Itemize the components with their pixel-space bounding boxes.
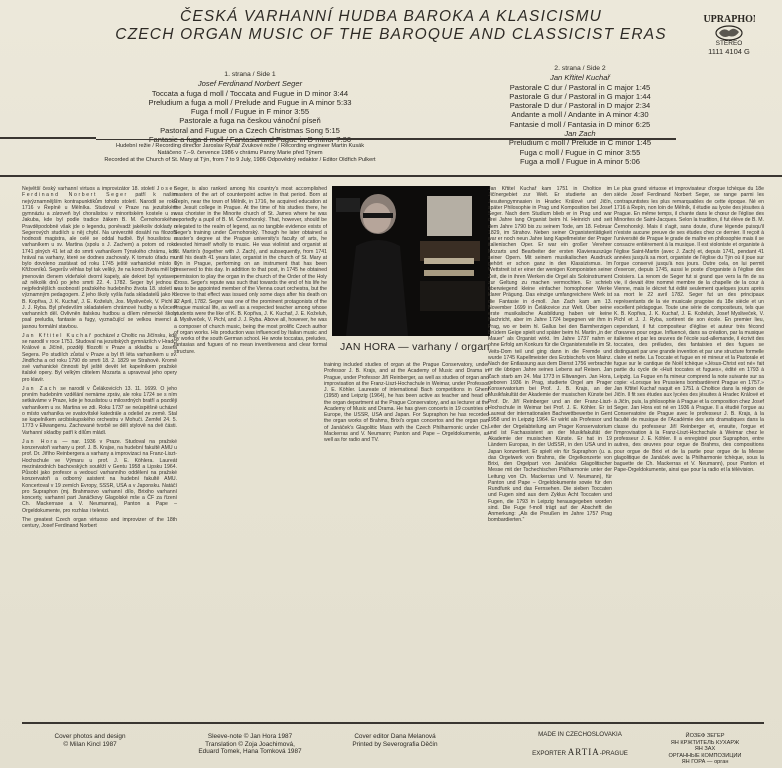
credit-line: ЙОЗЕФ ЗЕГЕР	[640, 733, 770, 740]
album-title-czech: ČESKÁ VARHANNÍ HUDBA BAROKA A KLASICISMU	[0, 8, 782, 26]
track: Pastoral and Fugue on a Czech Christmas …	[130, 126, 370, 135]
side-2-heading: 2. strana / Side 2	[470, 64, 690, 73]
made-in-label: MADE IN CZECHOSLOVAKIA	[520, 731, 640, 739]
note-paragraph: Největší český varhanní virtuos a improv…	[22, 186, 177, 330]
track: Preludium a fuga a moll / Prelude and Fu…	[130, 98, 370, 107]
track: Toccata a fuga d moll / Toccata and Fugu…	[130, 89, 370, 98]
side-2-tracklist: 2. strana / Side 2 Jan Křtitel Kuchař Pa…	[470, 64, 690, 166]
side-1-tracklist: 1. strana / Side 1 Josef Ferdinand Norbe…	[130, 70, 370, 144]
note-paragraph: Jan Křtitel Kuchař kam 1751 in Choltice …	[488, 186, 612, 524]
divider	[0, 175, 782, 177]
credit-line: ЯН ЗАХ	[640, 746, 770, 753]
artia-logo: ARTIA	[568, 747, 600, 757]
sleeve-note-credit: Sleeve-note © Jan Hora 1987 Translation …	[170, 733, 330, 756]
divider	[22, 722, 764, 724]
supraphon-logo: SUPRAPHON STEREO 1111 4104 G	[694, 8, 764, 56]
exporter-block: MADE IN CZECHOSLOVAKIA EXPORTER ARTIA-PR…	[520, 731, 640, 757]
credit-line: ОРГАННЫЕ КОМПОЗИЦИИ	[640, 753, 770, 760]
notes-english-performer: training included studies of organ at th…	[324, 362, 489, 692]
credits-line: Recorded at the Church of St. Mary at Tý…	[60, 157, 420, 164]
credit-line: ЯН ГОРА — орган	[640, 759, 770, 766]
track: Pastorale D dur / Pastoral in D major 2:…	[470, 101, 690, 110]
note-paragraph: Le plus grand virtuose et improvisateur …	[614, 186, 764, 474]
track: Fantasie d moll / Fantasia in D minor 6:…	[470, 120, 690, 129]
track: Fuga f moll / Fugue in F minor 3:55	[130, 107, 370, 116]
credit-line: Eduard Tomek, Hana Tomková 1987	[170, 748, 330, 756]
credits-line: Natáčeno 7.–9. července 1986 v chrámu Pa…	[60, 150, 420, 157]
russian-title-block: ЙОЗЕФ ЗЕГЕР ЯН КРЖТИТЕЛЬ КУХАРЖ ЯН ЗАХ О…	[640, 733, 770, 766]
credit-line: Cover editor Dana Melanová	[330, 733, 460, 741]
note-paragraph: Jan Křtitel Kuchař pocházel z Choltic na…	[22, 333, 177, 383]
credit-line: Cover photos and design	[20, 733, 160, 741]
side-1-composer: Josef Ferdinand Norbert Seger	[130, 79, 370, 88]
track: Pastorale C dur / Pastoral in C major 1:…	[470, 83, 690, 92]
credit-line: © Milan Kincl 1987	[20, 741, 160, 749]
side-2-composer-1: Jan Křtitel Kuchař	[470, 73, 690, 82]
side-2-composer-2: Jan Zach	[470, 129, 690, 138]
organist-photo	[332, 186, 490, 336]
track: Fuga a moll / Fugue in A minor 5:06	[470, 157, 690, 166]
track: Andante a moll / Andante in A minor 4:30	[470, 110, 690, 119]
exporter-label: EXPORTER	[532, 750, 566, 757]
track: Pastorale a fuga na českou vánoční píseň	[130, 116, 370, 125]
divider	[96, 139, 256, 140]
divider	[256, 138, 676, 140]
note-paragraph: Seger, is also ranked among his country'…	[174, 186, 327, 355]
credit-line: ЯН КРЖТИТЕЛЬ КУХАРЖ	[640, 740, 770, 747]
note-paragraph: Jan Hora — nar. 1936 v Praze. Studoval n…	[22, 439, 177, 514]
cover-credit: Cover photos and design © Milan Kincl 19…	[20, 733, 160, 748]
notes-czech: Největší český varhanní virtuos a improv…	[22, 186, 177, 694]
notes-german: Jan Křtitel Kuchař kam 1751 in Choltice …	[488, 186, 612, 694]
prague-label: PRAGUE	[602, 750, 628, 757]
track: Pastorale G dur / Pastoral in G major 1:…	[470, 92, 690, 101]
track: Preludium c moll / Prelude in C minor 1:…	[470, 138, 690, 147]
notes-english: Seger, is also ranked among his country'…	[174, 186, 327, 694]
organist-at-organ-image	[332, 186, 490, 336]
recording-credits: Hudební režie / Recording director Jaros…	[60, 143, 420, 163]
note-paragraph: Jan Zach se narodil v Čelákovicích 13. 1…	[22, 386, 177, 436]
artia-exporter: EXPORTER ARTIA-PRAGUE	[520, 749, 640, 758]
track: Fuga c moll / Fugue in C minor 3:55	[470, 148, 690, 157]
side-1-heading: 1. strana / Side 1	[130, 70, 370, 79]
supraphon-lion-icon: SUPRAPHON	[703, 8, 755, 42]
note-paragraph: The greatest Czech organ virtuoso and im…	[22, 517, 177, 530]
editor-credit: Cover editor Dana Melanová Printed by Se…	[330, 733, 460, 748]
performer-caption: JAN HORA — varhany / organ	[340, 341, 490, 353]
credit-line: Translation © Zoja Joachimová,	[170, 741, 330, 749]
stereo-label: STEREO	[694, 40, 764, 47]
credits-line: Hudební režie / Recording director Jaros…	[60, 143, 420, 150]
svg-text:SUPRAPHON: SUPRAPHON	[703, 14, 755, 25]
catalog-number: 1111 4104 G	[694, 47, 764, 56]
album-title-english: CZECH ORGAN MUSIC OF THE BAROQUE AND CLA…	[0, 26, 782, 44]
credit-line: Sleeve-note © Jan Hora 1987	[170, 733, 330, 741]
notes-french: Le plus grand virtuose et improvisateur …	[614, 186, 764, 694]
credit-line: Printed by Severografia Děčín	[330, 741, 460, 749]
note-paragraph: training included studies of organ at th…	[324, 362, 489, 443]
divider	[0, 137, 96, 139]
